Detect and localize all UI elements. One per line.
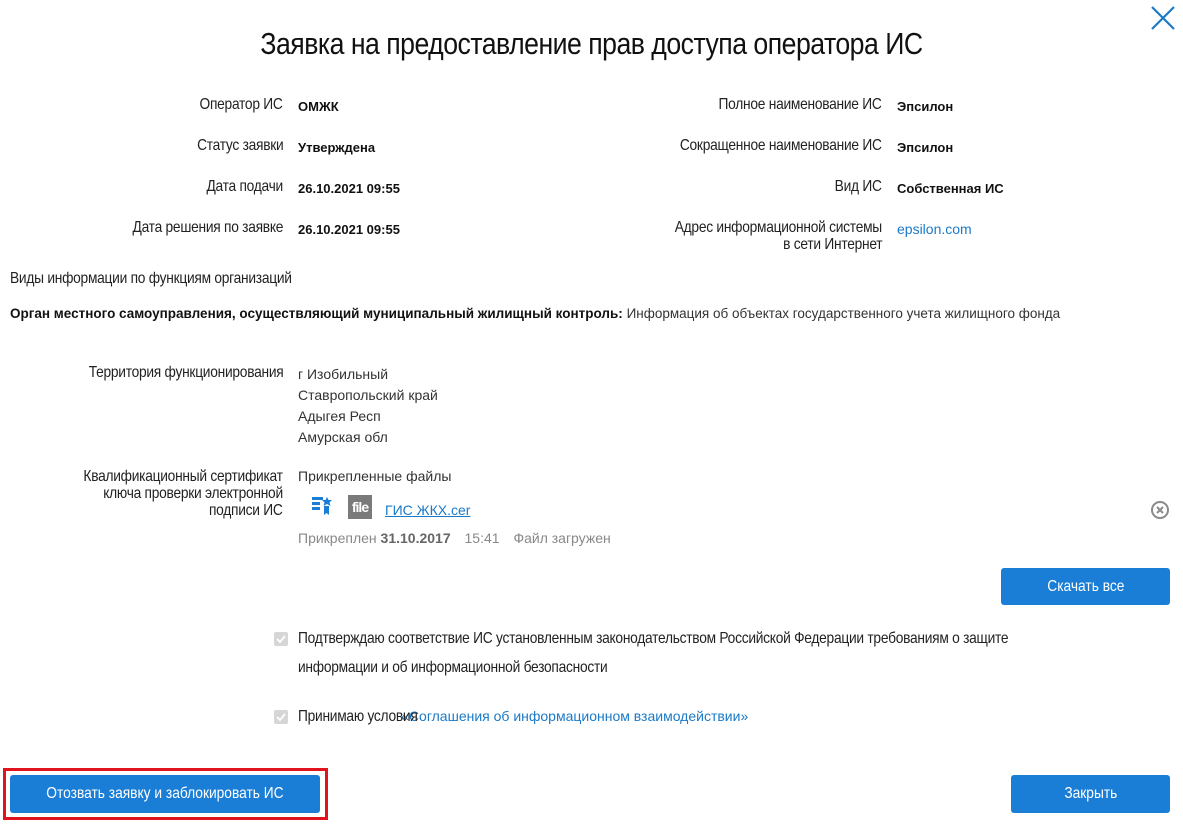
- field-label-submit-date: Дата подачи: [40, 178, 283, 195]
- organ-type-label: Орган местного самоуправления, осуществл…: [10, 306, 623, 321]
- field-label-is-type: Вид ИС: [580, 178, 882, 195]
- remove-circle-icon: [1150, 500, 1170, 520]
- attached-files-title: Прикрепленные файлы: [298, 468, 451, 484]
- accept-terms-checkbox[interactable]: [274, 710, 288, 724]
- file-status: Файл загружен: [513, 530, 610, 546]
- file-icon: file: [348, 495, 372, 519]
- agreement-link[interactable]: «Соглашения об информационном взаимодейс…: [401, 708, 748, 724]
- dialog-title: Заявка на предоставление прав доступа оп…: [83, 26, 1100, 62]
- info-types-section-title: Виды информации по функциям организаций: [10, 270, 292, 288]
- file-meta: Прикреплен 31.10.2017 15:41 Файл загруже…: [298, 530, 611, 546]
- confirm-compliance-label: Подтверждаю соответствие ИС установленны…: [298, 624, 1124, 682]
- download-all-button[interactable]: Скачать все: [1001, 568, 1170, 605]
- field-value-short-name: Эпсилон: [897, 140, 953, 155]
- territory-item: г Изобильный: [298, 364, 438, 385]
- field-value-operator: ОМЖК: [298, 99, 339, 114]
- close-button[interactable]: Закрыть: [1011, 775, 1170, 813]
- territory-label: Территория функционирования: [40, 364, 283, 381]
- field-value-decision-date: 26.10.2021 09:55: [298, 222, 400, 237]
- checkmark-icon: [274, 632, 288, 646]
- remove-file-button[interactable]: [1150, 500, 1170, 520]
- revoke-and-block-button[interactable]: Отозвать заявку и заблокировать ИС: [10, 775, 320, 813]
- field-label-decision-date: Дата решения по заявке: [40, 219, 283, 236]
- field-label-short-name: Сокращенное наименование ИС: [580, 137, 882, 154]
- field-label-operator: Оператор ИС: [40, 96, 283, 113]
- certificate-label: Квалификационный сертификат ключа провер…: [40, 468, 283, 519]
- field-value-submit-date: 26.10.2021 09:55: [298, 181, 400, 196]
- territory-item: Адыгея Респ: [298, 406, 438, 427]
- confirm-compliance-checkbox[interactable]: [274, 632, 288, 646]
- info-types-description: Орган местного самоуправления, осуществл…: [10, 303, 1160, 324]
- field-value-is-type: Собственная ИС: [897, 181, 1004, 196]
- info-type-value: Информация об объектах государственного …: [627, 306, 1061, 321]
- status-badge: Утверждена: [298, 140, 375, 155]
- attached-time: 15:41: [465, 530, 500, 546]
- file-download-link[interactable]: ГИС ЖКХ.cer: [385, 502, 470, 518]
- territory-item: Ставропольский край: [298, 385, 438, 406]
- checkmark-icon: [274, 710, 288, 724]
- field-label-status: Статус заявки: [40, 137, 283, 154]
- certificate-icon: [311, 495, 333, 517]
- territory-list: г Изобильный Ставропольский край Адыгея …: [298, 364, 438, 448]
- accept-terms-label: Принимаю условия «Соглашения об информац…: [298, 702, 748, 731]
- close-x-icon: [1149, 4, 1177, 32]
- field-value-full-name: Эпсилон: [897, 99, 953, 114]
- field-label-is-address: Адрес информационной системы в сети Инте…: [580, 219, 882, 253]
- close-dialog-button[interactable]: [1149, 4, 1177, 32]
- is-address-link[interactable]: epsilon.com: [897, 221, 972, 237]
- field-label-full-name: Полное наименование ИС: [580, 96, 882, 113]
- attached-date: 31.10.2017: [381, 530, 451, 546]
- territory-item: Амурская обл: [298, 427, 438, 448]
